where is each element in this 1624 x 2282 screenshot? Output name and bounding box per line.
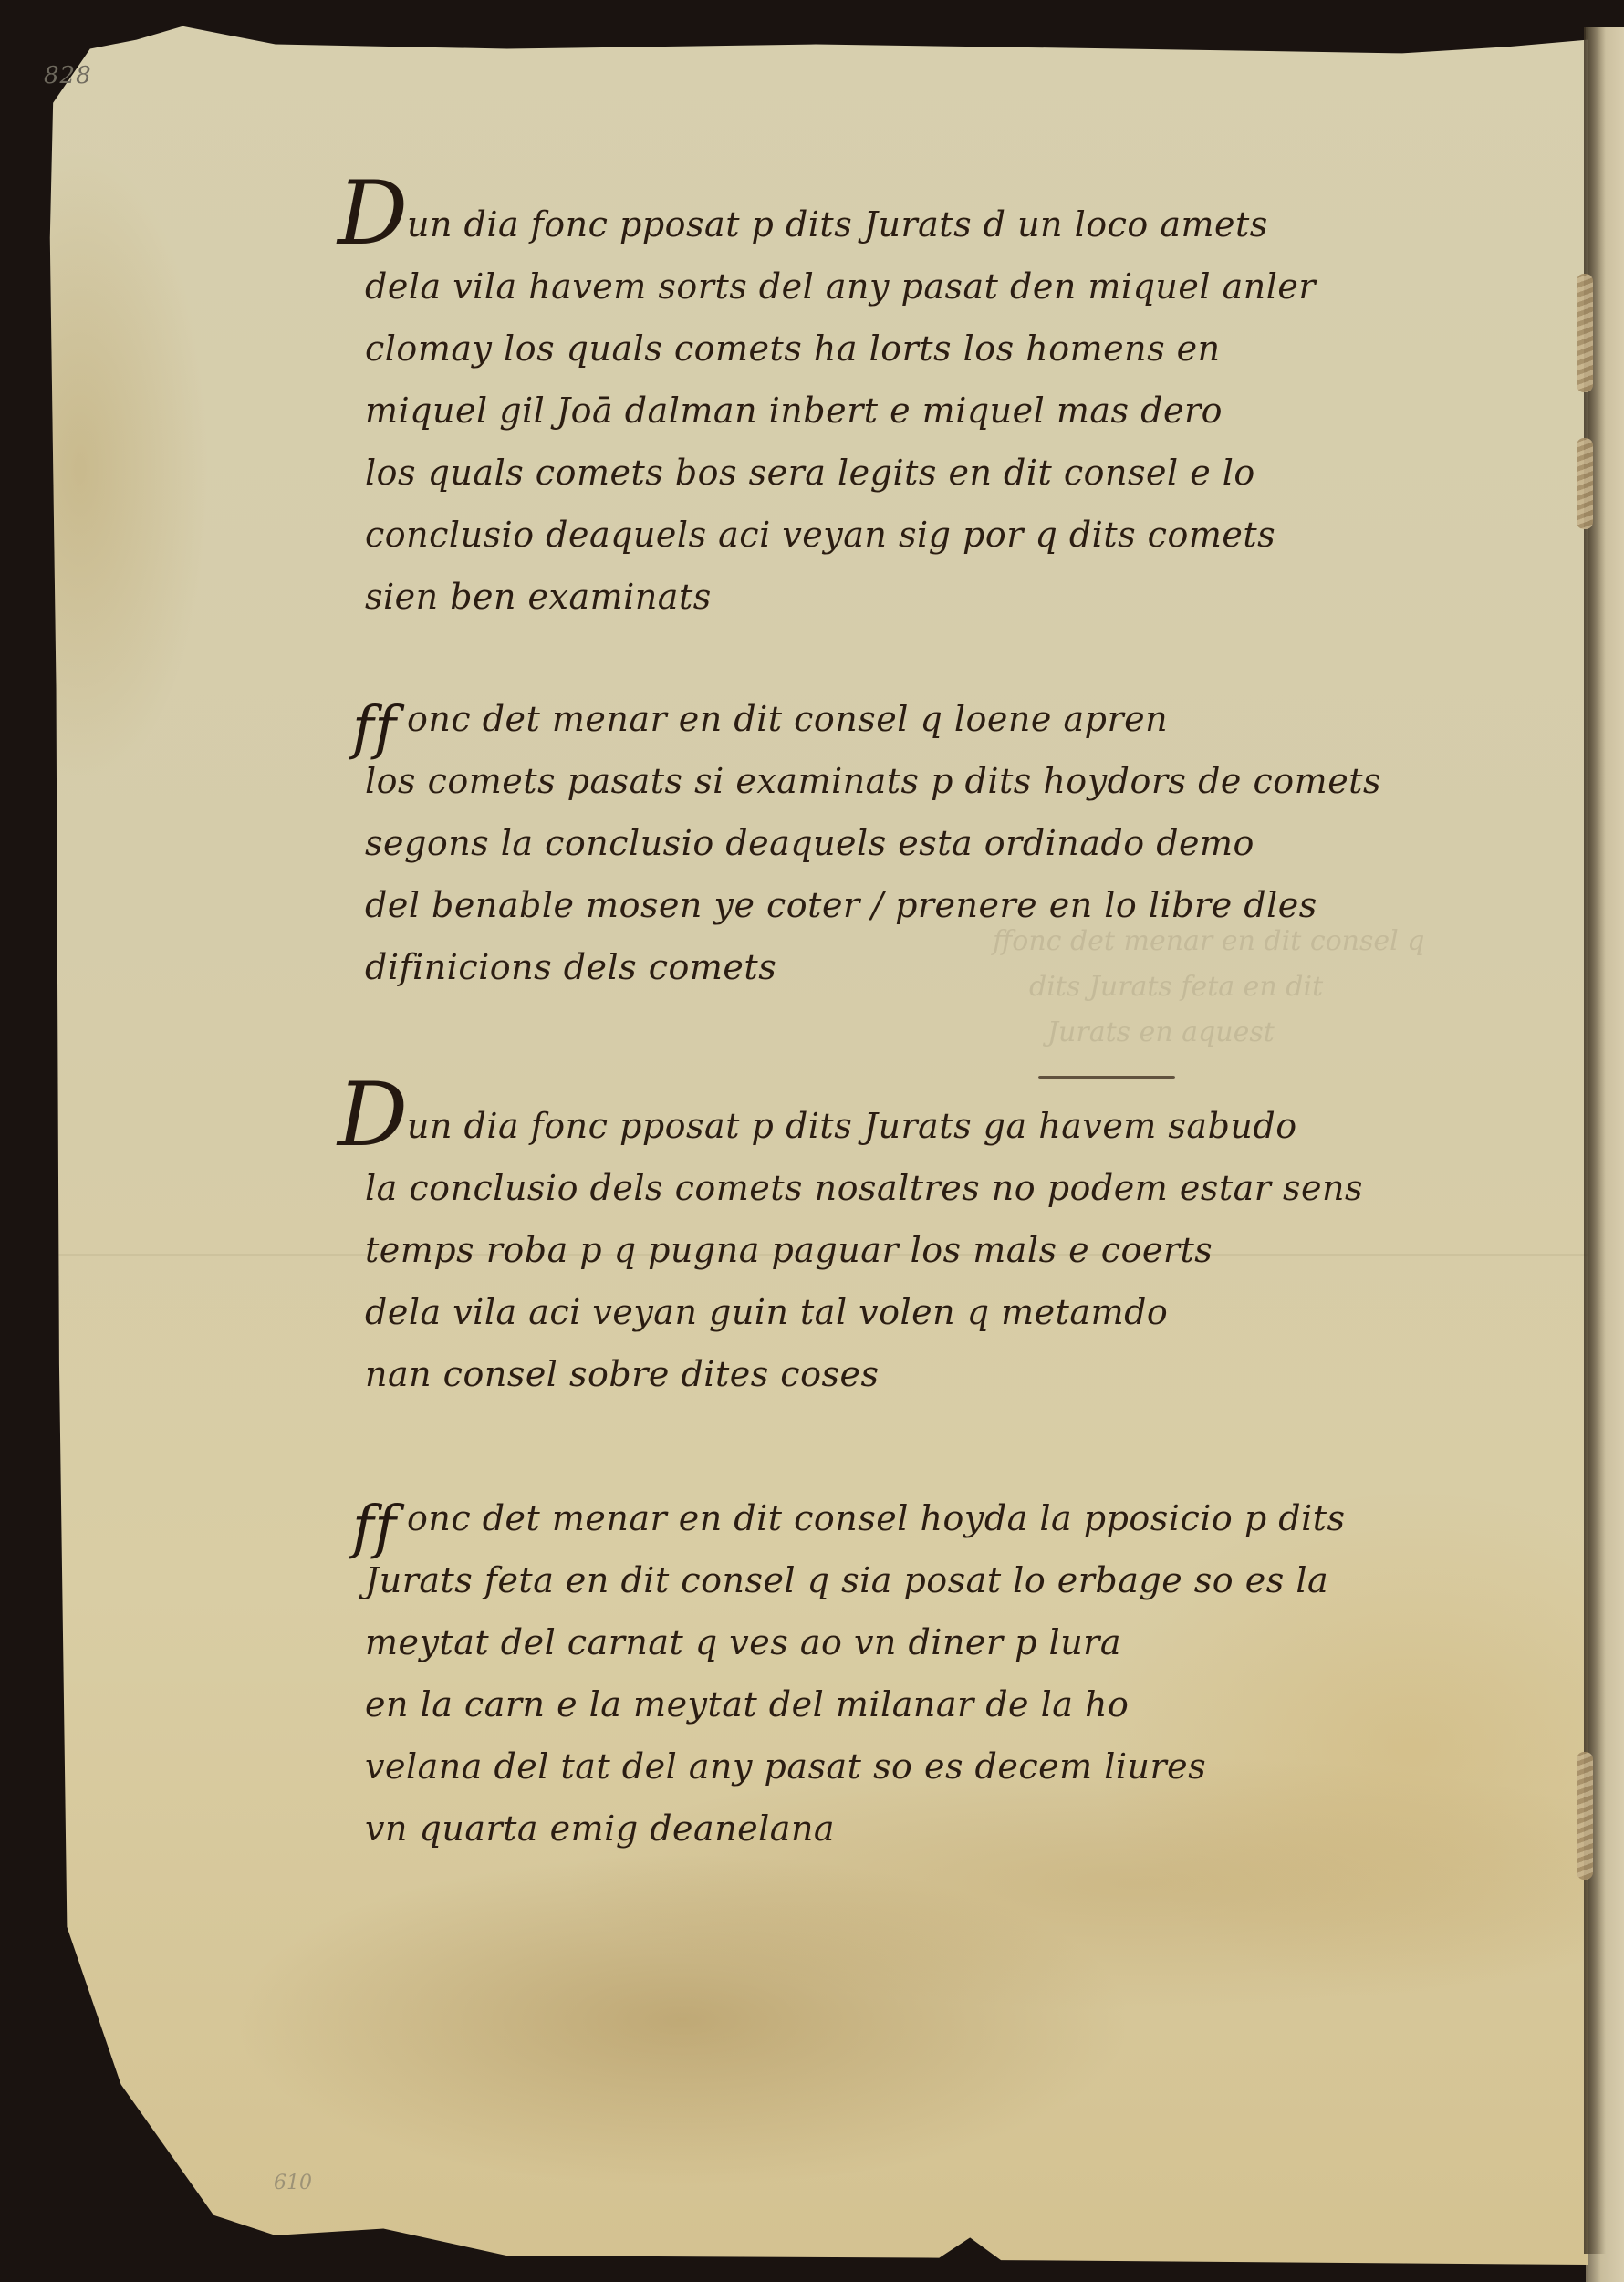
pencil-mark: 610: [274, 2172, 312, 2194]
text-line: onc det menar en dit consel hoyda la ppo…: [365, 1487, 1496, 1549]
bleed-through-text: Jurats en aquest: [1047, 1016, 1275, 1048]
text-line: clomay los quals comets ha lorts los hom…: [365, 318, 1496, 380]
text-line: vn quarta emig deanelana: [365, 1797, 1496, 1860]
decorated-initial: D: [338, 1071, 408, 1159]
binding-string: [1577, 274, 1593, 392]
text-line: nan consel sobre dites coses: [365, 1343, 1496, 1405]
text-line: meytat del carnat q ves ao vn diner p lu…: [365, 1611, 1496, 1673]
decorated-initial: ff: [352, 684, 396, 772]
text-line: velana del tat del any pasat so es decem…: [365, 1735, 1496, 1797]
ink-flourish: [1038, 1076, 1175, 1079]
text-line: un dia fonc pposat p dits Jurats ga have…: [365, 1095, 1496, 1157]
text-line: miquel gil Joā dalman inbert e miquel ma…: [365, 380, 1496, 442]
binding-string: [1577, 438, 1593, 529]
text-line: temps roba p q pugna paguar los mals e c…: [365, 1219, 1496, 1281]
text-line: del benable mosen ye coter / prenere en …: [365, 874, 1496, 936]
folio-number: 828: [44, 62, 92, 89]
paragraph-4: ff onc det menar en dit consel hoyda la …: [365, 1487, 1496, 1860]
paragraph-1: D un dia fonc pposat p dits Jurats d un …: [365, 193, 1496, 628]
decorated-initial: D: [338, 170, 408, 257]
paragraph-2: ff onc det menar en dit consel q loene a…: [365, 688, 1496, 998]
text-line: onc det menar en dit consel q loene apre…: [365, 688, 1496, 750]
text-line: en la carn e la meytat del milanar de la…: [365, 1673, 1496, 1735]
text-line: difinicions dels comets: [365, 936, 1496, 998]
text-line: segons la conclusio deaquels esta ordina…: [365, 812, 1496, 874]
text-line: los comets pasats si examinats p dits ho…: [365, 750, 1496, 812]
text-line: conclusio deaquels aci veyan sig por q d…: [365, 504, 1496, 566]
decorated-initial: ff: [352, 1484, 396, 1571]
manuscript-scan: ffonc det menar en dit consel q dits Jur…: [0, 0, 1624, 2282]
text-line: dela vila havem sorts del any pasat den …: [365, 255, 1496, 318]
paragraph-3: D un dia fonc pposat p dits Jurats ga ha…: [365, 1095, 1496, 1405]
text-line: los quals comets bos sera legits en dit …: [365, 442, 1496, 504]
binding-string: [1577, 1752, 1593, 1880]
text-line: un dia fonc pposat p dits Jurats d un lo…: [365, 193, 1496, 255]
text-line: la conclusio dels comets nosaltres no po…: [365, 1157, 1496, 1219]
text-line: Jurats feta en dit consel q sia posat lo…: [365, 1549, 1496, 1611]
text-line: dela vila aci veyan guin tal volen q met…: [365, 1281, 1496, 1343]
text-line: sien ben examinats: [365, 566, 1496, 628]
